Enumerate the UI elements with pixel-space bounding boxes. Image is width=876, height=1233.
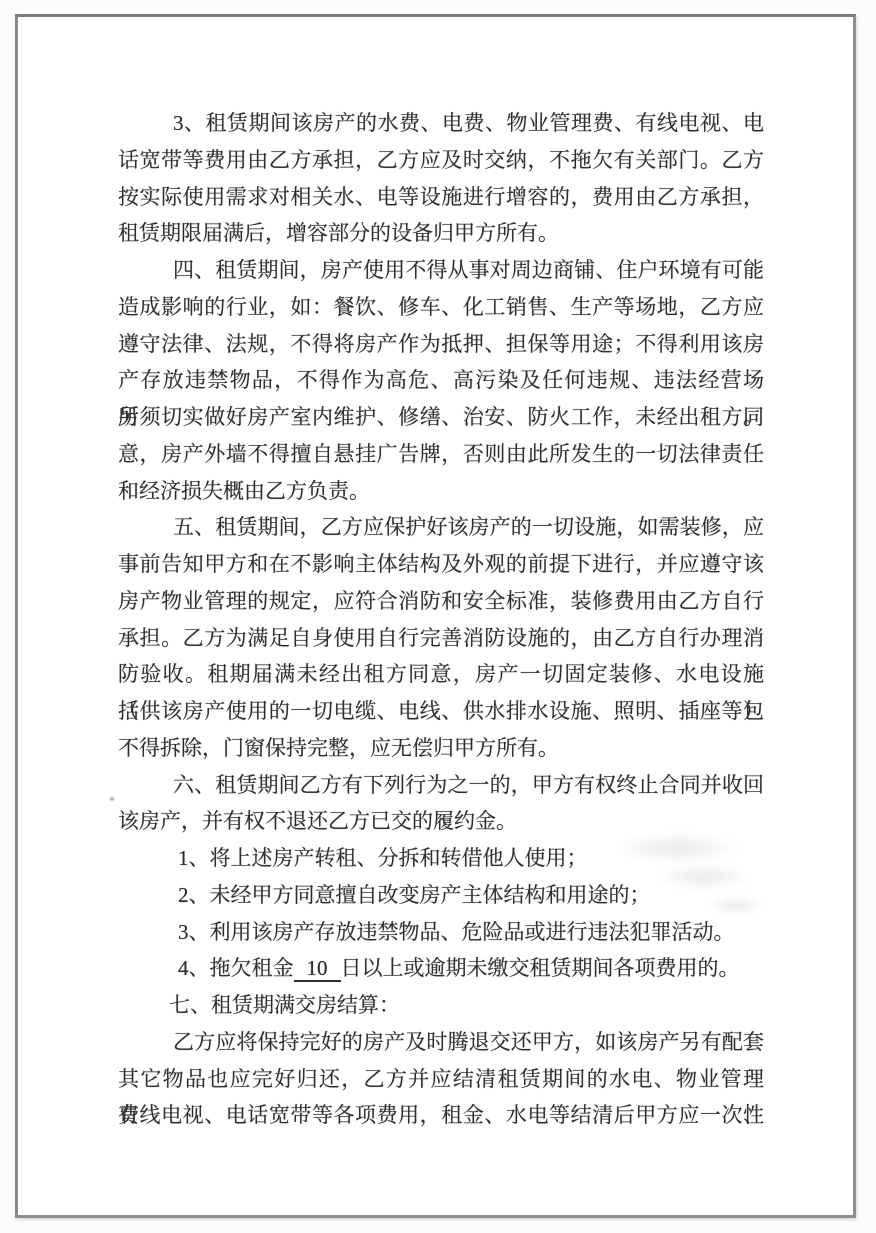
text-line: 造成影响的行业，如：餐饮、修车、化工销售、生产等场地，乙方应 (118, 289, 764, 326)
text-line: 房产物业管理的规定，应符合消防和安全标准，装修费用由乙方自行 (118, 583, 764, 620)
item4-suffix: 日以上或逾期未缴交租赁期间各项费用的。 (341, 956, 740, 980)
text-line: 有线电视、电话宽带等各项费用，租金、水电等结清后甲方应一次性 (118, 1097, 764, 1134)
text-line-clause6: 六、租赁期间乙方有下列行为之一的，甲方有权终止合同并收回 (118, 767, 764, 804)
text-line: 和经济损失概由乙方负责。 (118, 473, 764, 510)
text-line: 乙方应将保持完好的房产及时腾退交还甲方，如该房产另有配套 (118, 1024, 764, 1061)
text-line: 承担。乙方为满足自身使用自行完善消防设施的，由乙方自行办理消 (118, 620, 764, 657)
text-line-clause5: 五、租赁期间，乙方应保护好该房产的一切设施，如需装修，应 (118, 509, 764, 546)
text-line-clause7: 七、租赁期满交房结算： (118, 987, 764, 1024)
text-line: 遵守法律、法规，不得将房产作为抵押、担保等用途；不得利用该房 (118, 326, 764, 363)
text-line: 3、租赁期间该房产的水费、电费、物业管理费、有线电视、电 (118, 105, 764, 142)
text-line: 意，房产外墙不得擅自悬挂广告牌，否则由此所发生的一切法律责任 (118, 436, 764, 473)
text-line-item2: 2、未经甲方同意擅自改变房产主体结构和用途的； (118, 877, 764, 914)
text-line-item4: 4、拖欠租金10日以上或逾期未缴交租赁期间各项费用的。 (118, 950, 764, 987)
text-line: 租赁期限届满后，增容部分的设备归甲方所有。 (118, 215, 764, 252)
text-line: 另须切实做好房产室内维护、修缮、治安、防火工作，未经出租方同 (118, 399, 764, 436)
text-line: 防验收。租期届满未经出租方同意，房产一切固定装修、水电设施（包 (118, 656, 764, 693)
item4-prefix: 4、拖欠租金 (178, 956, 294, 980)
contract-text-block: 3、租赁期间该房产的水费、电费、物业管理费、有线电视、电 话宽带等费用由乙方承担… (118, 105, 764, 1134)
text-line: 其它物品也应完好归还，乙方并应结清租赁期间的水电、物业管理费、 (118, 1061, 764, 1098)
text-line: 该房产，并有权不退还乙方已交的履约金。 (118, 803, 764, 840)
text-line-item3: 3、利用该房产存放违禁物品、危险品或进行违法犯罪活动。 (118, 914, 764, 951)
text-line: 不得拆除，门窗保持完整，应无偿归甲方所有。 (118, 730, 764, 767)
text-line-clause4: 四、租赁期间，房产使用不得从事对周边商铺、住户环境有可能 (118, 252, 764, 289)
text-line: 话宽带等费用由乙方承担，乙方应及时交纳，不拖欠有关部门。乙方 (118, 142, 764, 179)
text-line: 事前告知甲方和在不影响主体结构及外观的前提下进行，并应遵守该 (118, 546, 764, 583)
text-line: 按实际使用需求对相关水、电等设施进行增容的，费用由乙方承担， (118, 179, 764, 216)
text-line: 产存放违禁物品，不得作为高危、高污染及任何违规、违法经营场所。 (118, 362, 764, 399)
scan-noise-dot (110, 797, 114, 801)
text-line-item1: 1、将上述房产转租、分拆和转借他人使用； (118, 840, 764, 877)
arrears-days-value: 10 (294, 956, 341, 982)
text-line: 括供该房产使用的一切电缆、电线、供水排水设施、照明、插座等） (118, 693, 764, 730)
scanned-document-page: 3、租赁期间该房产的水费、电费、物业管理费、有线电视、电 话宽带等费用由乙方承担… (0, 0, 876, 1233)
